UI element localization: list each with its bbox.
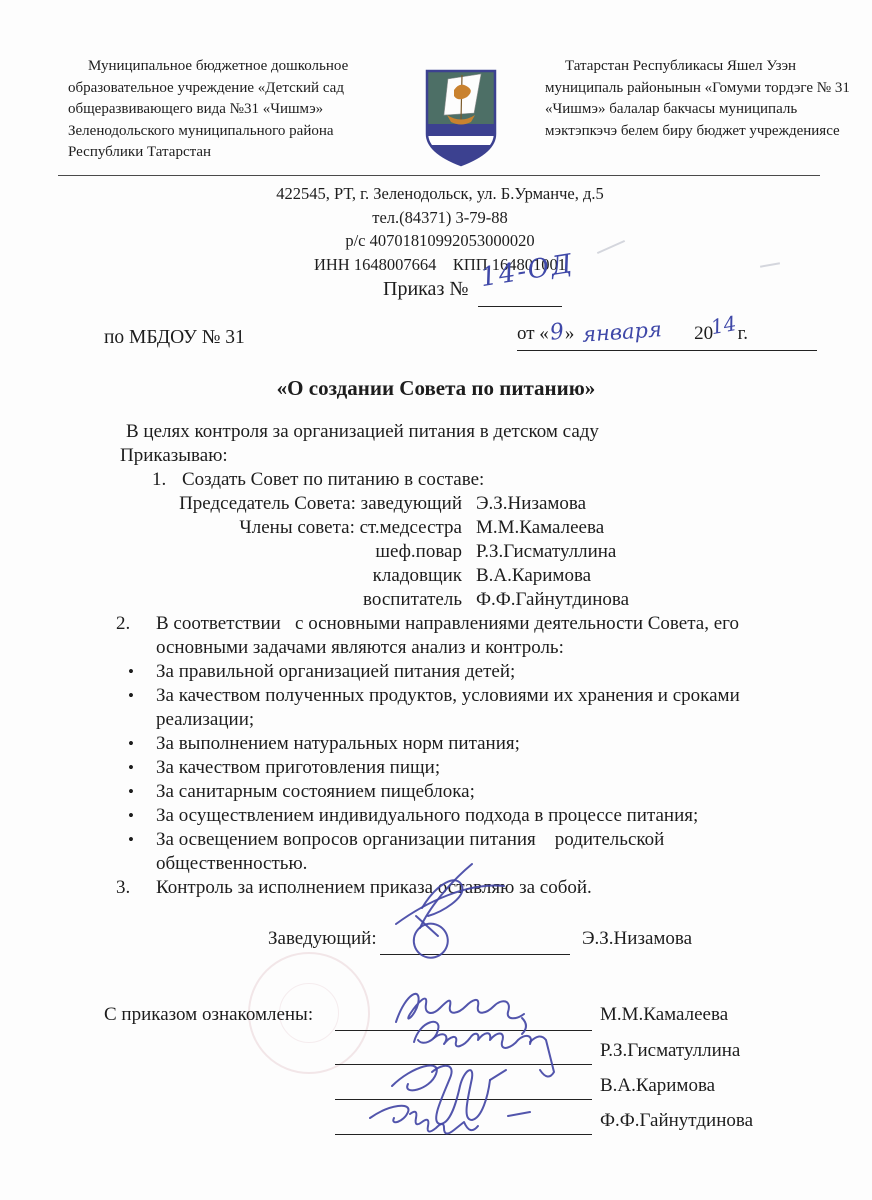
scanned-order-document: Муниципальное бюджетное дошкольное образ… <box>0 0 872 1200</box>
council-role: Члены совета: ст.медсестра <box>100 516 476 540</box>
head-signature-label: Заведующий: <box>268 928 377 950</box>
bullet-item: • За качеством приготовления пищи; <box>128 756 797 780</box>
signature-nizamova <box>382 858 522 968</box>
date-prefix: от « <box>517 323 549 344</box>
coat-of-arms-icon <box>424 68 498 173</box>
bullet-item: • За санитарным состоянием пищеблока; <box>128 780 797 804</box>
council-name: М.М.Камалеева <box>476 516 797 540</box>
council-name: Ф.Ф.Гайнутдинова <box>476 588 797 612</box>
council-role: шеф.повар <box>100 540 476 564</box>
item-2-text: В соответствии с основными направлениями… <box>156 612 797 660</box>
head-signature-name: Э.З.Низамова <box>582 928 692 950</box>
date-day-handwritten: 9 <box>548 319 565 346</box>
item-2-number: 2. <box>116 612 156 660</box>
org-name-russian: Муниципальное бюджетное дошкольное образ… <box>68 56 394 164</box>
council-name: Э.З.Низамова <box>476 492 797 516</box>
order-body: В целях контроля за организацией питания… <box>100 420 797 900</box>
council-role: Председатель Совета: заведующий <box>100 492 476 516</box>
org-name-tatar: Татарстан Республикасы Яшел Узэн муницип… <box>545 56 867 142</box>
item-1-text: Создать Совет по питанию в составе: <box>182 468 797 492</box>
date-year-suffix: г. <box>738 323 748 344</box>
intro-line: В целях контроля за организацией питания… <box>126 420 797 444</box>
council-role: воспитатель <box>100 588 476 612</box>
date-year-handwritten: 14 <box>709 311 738 339</box>
contact-block: 422545, РТ, г. Зеленодольск, ул. Б.Урман… <box>180 182 700 276</box>
item-1-number: 1. <box>152 468 182 492</box>
order-org-line: по МБДОУ № 31 <box>104 327 245 349</box>
bullet-text: За осуществлением индивидуального подход… <box>156 804 748 828</box>
bullet-marker: • <box>128 732 156 756</box>
order-date-line: от «9»января2014г. <box>517 320 817 351</box>
phone-line: тел.(84371) 3-79-88 <box>180 206 700 230</box>
scan-artifact <box>760 262 780 267</box>
date-month-handwritten: января <box>582 317 663 347</box>
bullet-item: • За правильной организацией питания дет… <box>128 660 797 684</box>
item-2: 2. В соответствии с основными направлени… <box>116 612 797 660</box>
ack-name: Р.З.Гисматуллина <box>600 1040 740 1062</box>
document-title: «О создании Совета по питанию» <box>0 376 872 401</box>
address-line: 422545, РТ, г. Зеленодольск, ул. Б.Урман… <box>180 182 700 206</box>
ack-name: Ф.Ф.Гайнутдинова <box>600 1110 753 1132</box>
bullet-item: • За осуществлением индивидуального подх… <box>128 804 797 828</box>
signature-gaynutdinova <box>356 1090 556 1150</box>
council-row: Председатель Совета: заведующий Э.З.Низа… <box>100 492 797 516</box>
bullet-text: За качеством полученных продуктов, услов… <box>156 684 748 732</box>
item-3-number: 3. <box>116 876 156 900</box>
council-row: Члены совета: ст.медсестра М.М.Камалеева <box>100 516 797 540</box>
ack-label: С приказом ознакомлены: <box>104 1004 313 1026</box>
item-1: 1. Создать Совет по питанию в составе: <box>152 468 797 492</box>
date-quote-close: » <box>565 323 575 344</box>
bullet-marker: • <box>128 756 156 780</box>
inn-kpp-line: ИНН 1648007664 КПП 164801001 <box>180 253 700 277</box>
bullet-marker: • <box>128 780 156 804</box>
ack-name: В.А.Каримова <box>600 1075 715 1097</box>
council-row: воспитатель Ф.Ф.Гайнутдинова <box>100 588 797 612</box>
council-role: кладовщик <box>100 564 476 588</box>
council-row: шеф.повар Р.З.Гисматуллина <box>100 540 797 564</box>
council-name: Р.З.Гисматуллина <box>476 540 797 564</box>
bullet-marker: • <box>128 684 156 732</box>
bullet-text: За санитарным состоянием пищеблока; <box>156 780 748 804</box>
bullet-text: За качеством приготовления пищи; <box>156 756 748 780</box>
bullet-text: За правильной организацией питания детей… <box>156 660 748 684</box>
bullet-marker: • <box>128 660 156 684</box>
order-number-label: Приказ № <box>383 278 468 301</box>
bullet-marker: • <box>128 804 156 828</box>
bullet-item: • За выполнением натуральных норм питани… <box>128 732 797 756</box>
ack-name: М.М.Камалеева <box>600 1004 728 1026</box>
council-name: В.А.Каримова <box>476 564 797 588</box>
bullet-text: За выполнением натуральных норм питания; <box>156 732 748 756</box>
council-row: кладовщик В.А.Каримова <box>100 564 797 588</box>
bullet-marker: • <box>128 828 156 876</box>
header-divider <box>58 175 820 176</box>
decree-line: Приказываю: <box>120 444 797 468</box>
bullet-item: • За качеством полученных продуктов, усл… <box>128 684 797 732</box>
